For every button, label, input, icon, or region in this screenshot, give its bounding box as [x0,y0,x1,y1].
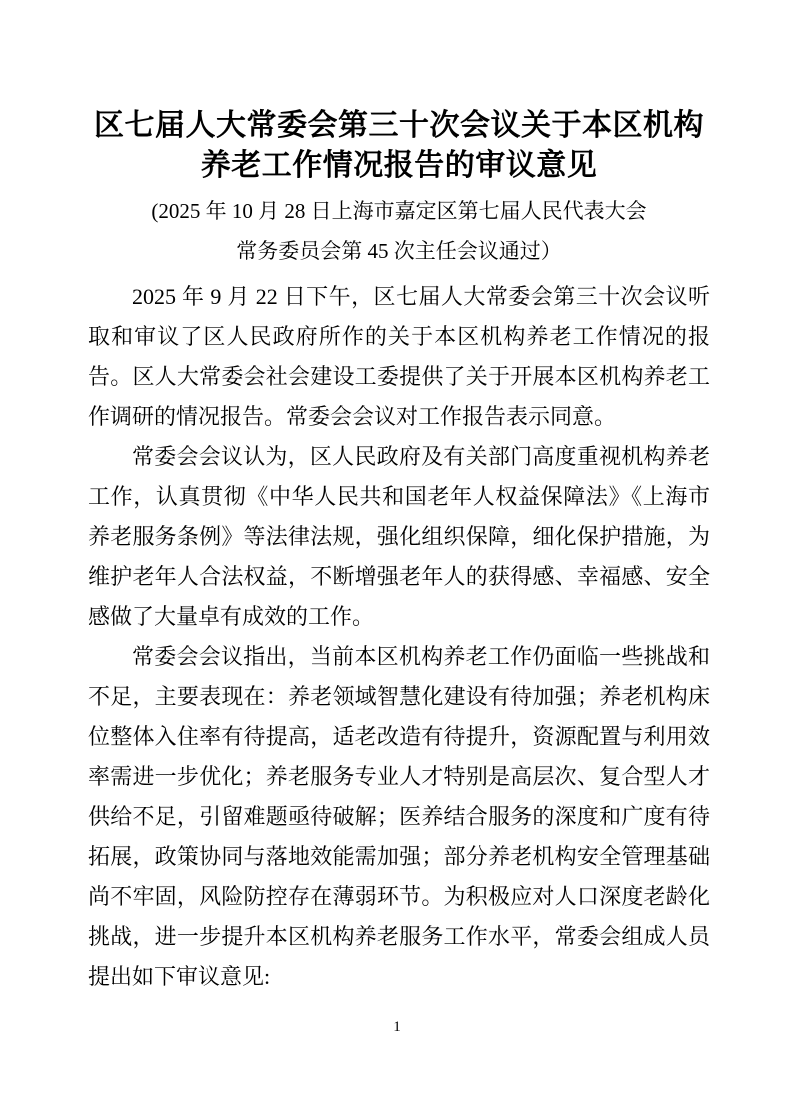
page-number: 1 [0,1018,794,1036]
approval-note: (2025 年 10 月 28 日上海市嘉定区第七届人民代表大会 常务委员会第 … [88,191,710,271]
document-page: 区七届人大常委会第三十次会议关于本区机构 养老工作情况报告的审议意见 (2025… [0,0,794,1108]
document-title-line-1: 区七届人大常委会第三十次会议关于本区机构 [88,106,710,146]
document-body: 2025 年 9 月 22 日下午，区七届人大常委会第三十次会议听取和审议了区人… [88,277,710,997]
body-paragraph-1: 2025 年 9 月 22 日下午，区七届人大常委会第三十次会议听取和审议了区人… [88,277,710,437]
approval-note-line-1: (2025 年 10 月 28 日上海市嘉定区第七届人民代表大会 [88,191,710,231]
approval-note-line-2: 常务委员会第 45 次主任会议通过） [88,231,710,271]
body-paragraph-3: 常委会会议指出，当前本区机构养老工作仍面临一些挑战和不足，主要表现在：养老领域智… [88,637,710,997]
document-title: 区七届人大常委会第三十次会议关于本区机构 养老工作情况报告的审议意见 [88,106,710,186]
body-paragraph-2: 常委会会议认为，区人民政府及有关部门高度重视机构养老工作，认真贯彻《中华人民共和… [88,437,710,637]
document-title-line-2: 养老工作情况报告的审议意见 [88,146,710,186]
